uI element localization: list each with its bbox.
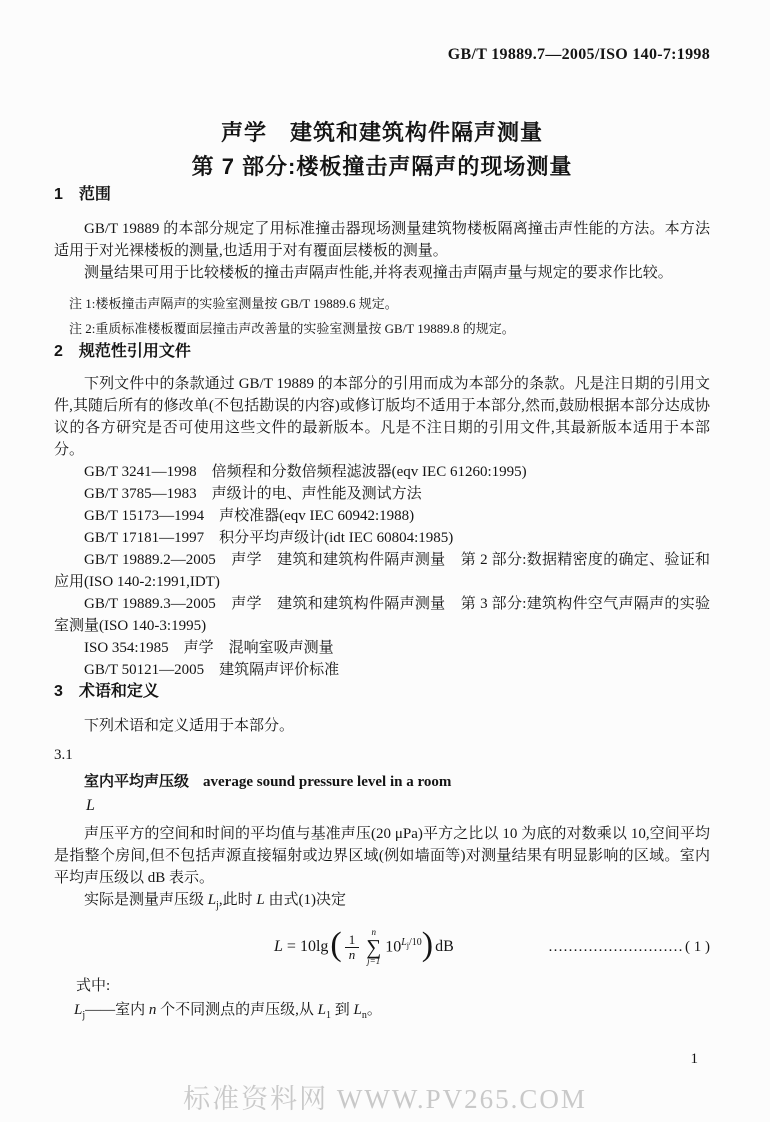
standard-code: GB/T 19889.7—2005/ISO 140-7:1998 [54,46,710,64]
reference-item: GB/T 17181—1997 积分平均声级计(idt IEC 60804:19… [54,527,710,549]
note-2: 注 2:重质标准楼板覆面层撞击声改善量的实验室测量按 GB/T 19889.8 … [54,316,710,341]
equals-sign: = [287,938,296,956]
equation-number: ( 1 ) [685,939,710,956]
normative-references-intro: 下列文件中的条款通过 GB/T 19889 的本部分的引用而成为本部分的条款。凡… [54,373,710,461]
reference-item: GB/T 3241—1998 倍频程和分数倍频程滤波器(eqv IEC 6126… [54,461,710,483]
where-definition-line: Lj——室内 n 个不同测点的声压级,从 L1 到 Ln。 [54,999,710,1027]
section-2-heading: 2 规范性引用文件 [54,341,710,363]
where-label: 式中: [54,975,710,997]
reference-item: GB/T 15173—1994 声校准器(eqv IEC 60942:1988) [54,505,710,527]
clause-number: 3.1 [54,744,710,766]
terms-intro: 下列术语和定义适用于本部分。 [54,715,710,737]
log-function: 10lg [300,938,328,956]
fraction-one-over-n: 1 n [345,933,360,962]
equation-lead-in: 实际是测量声压级 Lj,此时 L 由式(1)决定 [54,889,710,917]
term-english: average sound pressure level in a room [203,774,451,790]
reference-item: GB/T 19889.3—2005 声学 建筑和建筑构件隔声测量 第 3 部分:… [54,593,710,637]
equation-lhs: L [274,938,283,956]
open-paren: ( [330,928,341,962]
title-line-2: 第 7 部分:楼板撞击声隔声的现场测量 [54,150,710,184]
term-symbol: L [54,795,710,817]
reference-item: GB/T 3785—1983 声级计的电、声性能及测试方法 [54,483,710,505]
power-term: 10Lj/10 [385,937,422,956]
scope-paragraph-2: 测量结果可用于比较楼板的撞击声隔声性能,并将表观撞击声隔声量与规定的要求作比较。 [54,262,710,284]
term-definition-line: 室内平均声压级average sound pressure level in a… [54,771,710,793]
reference-item: GB/T 50121—2005 建筑隔声评价标准 [54,659,710,681]
notes-block: 注 1:楼板撞击声隔声的实验室测量按 GB/T 19889.6 规定。 注 2:… [54,291,710,341]
note-1: 注 1:楼板撞击声隔声的实验室测量按 GB/T 19889.6 规定。 [54,291,710,316]
equation-1: L = 10lg ( 1 n n ∑ j=1 10Lj/10 ) dB [272,928,456,966]
equation-1-row: L = 10lg ( 1 n n ∑ j=1 10Lj/10 ) dB …………… [54,925,710,969]
title-line-1: 声学 建筑和建筑构件隔声测量 [54,116,710,150]
scope-paragraph-1: GB/T 19889 的本部分规定了用标准撞击器现场测量建筑物楼板隔离撞击声性能… [54,218,710,262]
reference-item: ISO 354:1985 声学 混响室吸声测量 [54,637,710,659]
document-page: GB/T 19889.7—2005/ISO 140-7:1998 声学 建筑和建… [0,0,770,1122]
document-title: 声学 建筑和建筑构件隔声测量 第 7 部分:楼板撞击声隔声的现场测量 [54,116,710,184]
term-chinese: 室内平均声压级 [84,773,189,790]
definition-paragraph: 声压平方的空间和时间的平均值与基准声压(20 μPa)平方之比以 10 为底的对… [54,823,710,889]
summation-symbol: n ∑ j=1 [366,928,381,966]
unit-db: dB [435,938,454,956]
section-3-heading: 3 术语和定义 [54,681,710,703]
close-paren: ) [422,928,433,962]
section-1-heading: 1 范围 [54,184,710,206]
reference-item: GB/T 19889.2—2005 声学 建筑和建筑构件隔声测量 第 2 部分:… [54,549,710,593]
page-number: 1 [691,1051,699,1068]
dot-leader: ……………………… [548,939,683,956]
watermark: 标准资料网 WWW.PV265.COM [183,1077,587,1116]
